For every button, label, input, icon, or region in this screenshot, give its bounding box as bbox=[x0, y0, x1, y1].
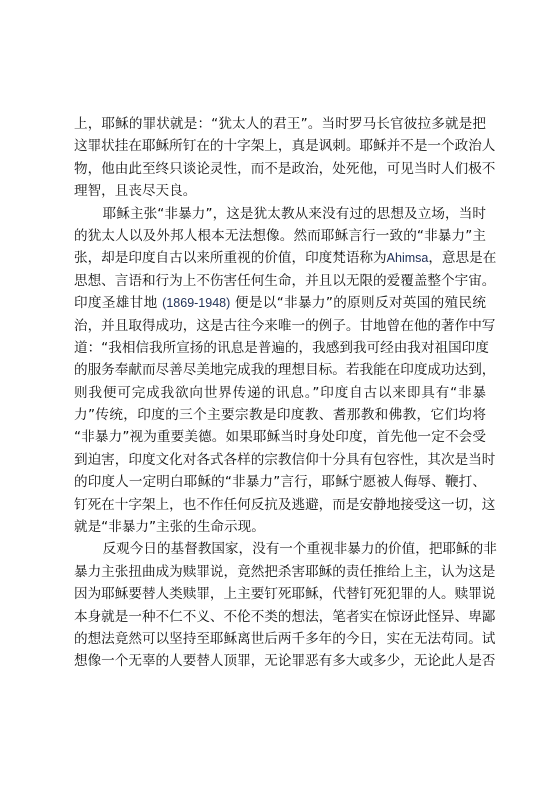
text-line: 想像一个无辜的人要替人顶罪，无论罪恶有多大或多少，无论此人是否 bbox=[74, 650, 486, 672]
document-page: 上，耶稣的罪状就是：“犹太人的君王”。当时罗马长官彼拉多就是把 这罪状挂在耶稣所… bbox=[0, 0, 560, 794]
text-segment: 便是以“非暴力”的原则反对英国的殖民统 bbox=[230, 295, 486, 311]
paragraph-start-line: 反观今日的基督教国家，没有一个重视非暴力的价值，把耶稣的非 bbox=[74, 538, 486, 560]
text-line: 的印度人一定明白耶稣的“非暴力”言行，耶稣宁愿被人侮辱、鞭打、 bbox=[74, 471, 486, 493]
text-segment: 印度圣雄甘地 bbox=[74, 295, 162, 311]
gandhi-dates: (1869-1948) bbox=[162, 296, 230, 310]
text-line: 就是“非暴力”主张的生命示现。 bbox=[74, 516, 486, 538]
text-line: 思想、言语和行为上不伤害任何生命，并且以无限的爱覆盖整个宇宙。 bbox=[74, 270, 486, 292]
text-line: 印度圣雄甘地 (1869-1948) 便是以“非暴力”的原则反对英国的殖民统 bbox=[74, 292, 486, 314]
text-line: 张，却是印度自古以来所重视的价值，印度梵语称为Ahimsa，意思是在 bbox=[74, 247, 486, 269]
text-line: 这罪状挂在耶稣所钉在的十字架上，真是讽刺。耶稣并不是一个政治人 bbox=[74, 135, 486, 157]
text-line: “非暴力”视为重要美德。如果耶稣当时身处印度，首先他一定不会受 bbox=[74, 426, 486, 448]
text-line: 到迫害，印度文化对各式各样的宗教信仰十分具有包容性，其次是当时 bbox=[74, 449, 486, 471]
text-line: 的服务奉献而尽善尽美地完成我的理想目标。若我能在印度成功达到， bbox=[74, 359, 486, 381]
text-line: 道：“我相信我所宣扬的讯息是普遍的，我感到我可经由我对祖国印度 bbox=[74, 337, 486, 359]
text-line: 上，耶稣的罪状就是：“犹太人的君王”。当时罗马长官彼拉多就是把 bbox=[74, 113, 486, 135]
text-segment: ，意思是在 bbox=[428, 250, 496, 266]
text-line: 理智，且丧尽天良。 bbox=[74, 180, 486, 202]
text-line: 的犹太人以及外邦人根本无法想像。然而耶稣言行一致的“非暴力”主 bbox=[74, 225, 486, 247]
text-line: 暴力主张扭曲成为赎罪说，竟然把杀害耶稣的责任推给上主，认为这是 bbox=[74, 561, 486, 583]
paragraph-start-line: 耶稣主张“非暴力”，这是犹太教从来没有过的思想及立场，当时 bbox=[74, 203, 486, 225]
text-line: 钉死在十字架上，也不作任何反抗及逃避，而是安静地接受这一切，这 bbox=[74, 494, 486, 516]
ahimsa-term: Ahimsa bbox=[387, 251, 429, 265]
text-segment: 张，却是印度自古以来所重视的价值，印度梵语称为 bbox=[74, 250, 387, 266]
body-text: 上，耶稣的罪状就是：“犹太人的君王”。当时罗马长官彼拉多就是把 这罪状挂在耶稣所… bbox=[74, 113, 486, 673]
text-line: 因为耶稣要替人类赎罪，上主要钉死耶稣，代替钉死犯罪的人。赎罪说 bbox=[74, 583, 486, 605]
text-line: 物，他由此至终只谈论灵性，而不是政治，处死他，可见当时人们极不 bbox=[74, 158, 486, 180]
text-line: 力”传统，印度的三个主要宗教是印度教、耆那教和佛教，它们均将 bbox=[74, 404, 486, 426]
text-line: 则我便可完成我欲向世界传递的讯息。”印度自古以来即具有“非暴 bbox=[74, 382, 486, 404]
text-line: 的想法竟然可以坚持至耶稣离世后两千多年的今日，实在无法苟同。试 bbox=[74, 628, 486, 650]
text-line: 治，并且取得成功，这是古往今来唯一的例子。甘地曾在他的著作中写 bbox=[74, 315, 486, 337]
text-line: 本身就是一种不仁不义、不伦不类的想法，笔者实在惊讶此怪异、卑鄙 bbox=[74, 606, 486, 628]
